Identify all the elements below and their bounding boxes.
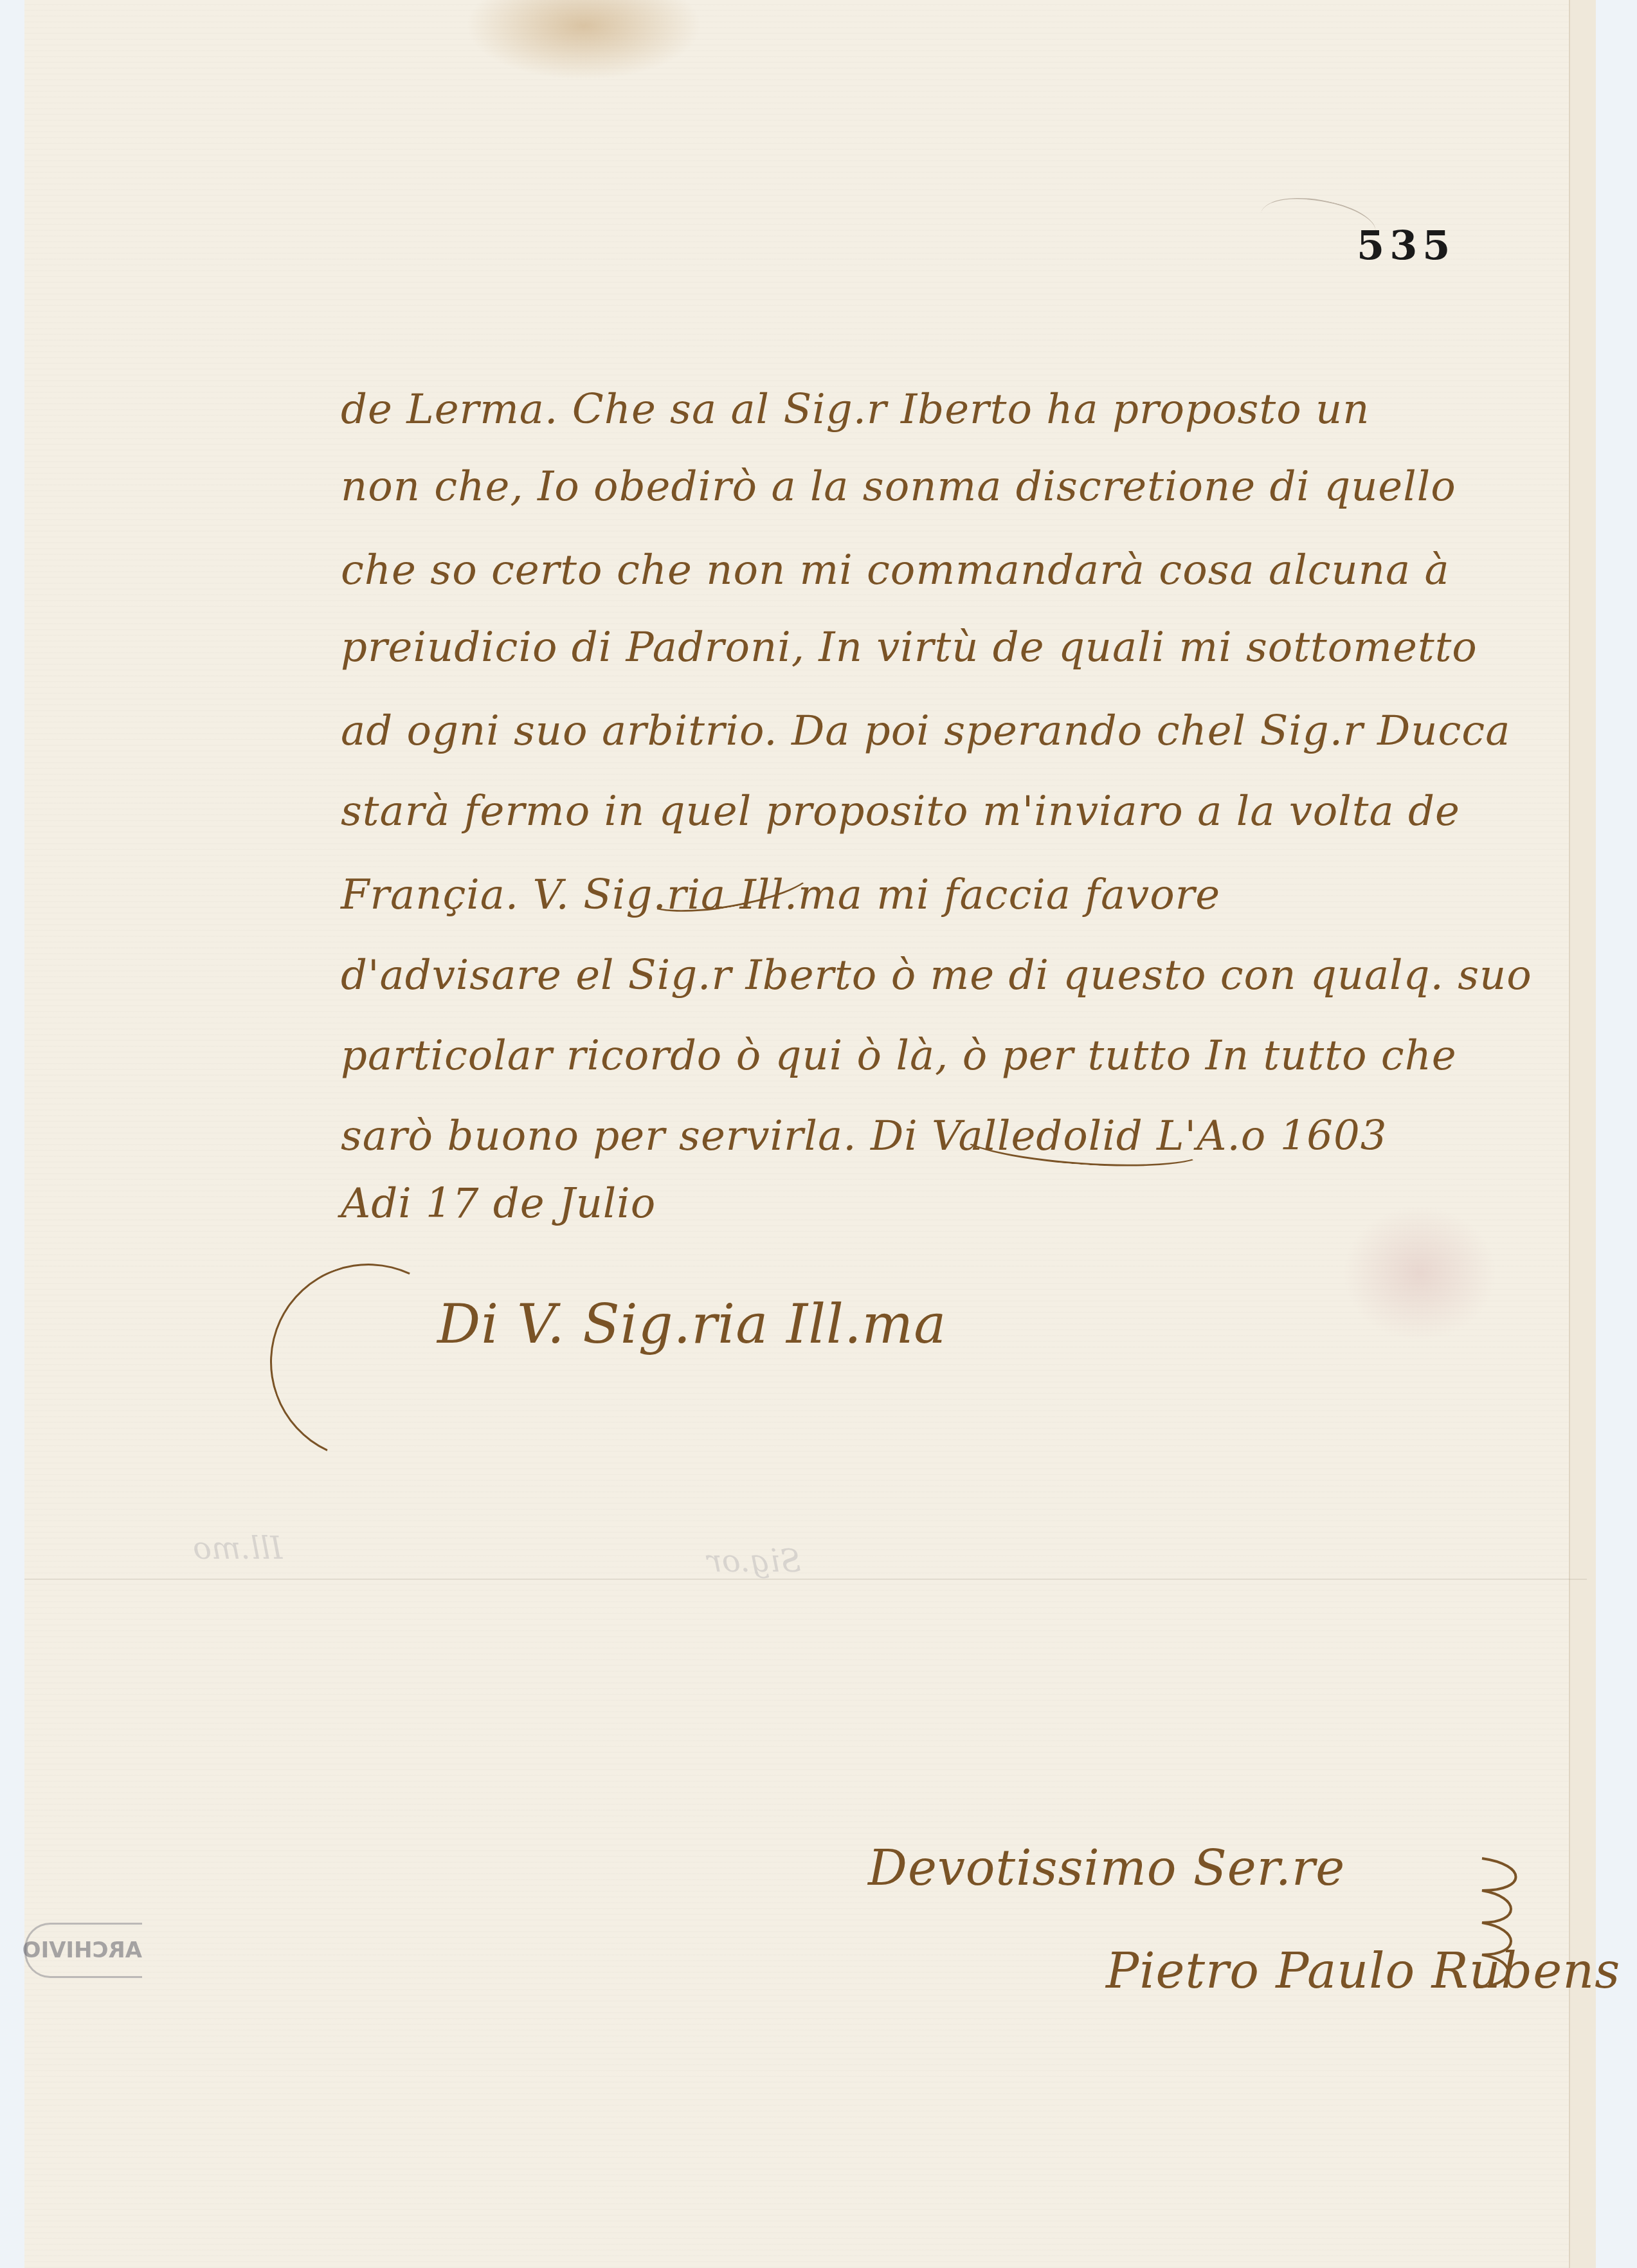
body-line: preiudicio di Padroni, In virtù de quali… [341,624,1478,671]
folio-number: 535 [1357,222,1455,269]
body-line: d'advisare el Sig.r Iberto ò me di quest… [341,952,1532,999]
body-line: ad ogni suo arbitrio. Da poi sperando ch… [341,707,1510,755]
body-line: non che, Io obedirò a la sonma discretio… [341,463,1456,511]
body-line: starà fermo in quel proposito m'inviaro … [341,788,1460,835]
signature: Pietro Paulo Rubens [1106,1942,1620,1999]
body-line: de Lerma. Che sa al Sig.r Iberto ha prop… [341,386,1370,433]
body-line: particolar ricordo ò qui ò là, ò per tut… [341,1032,1457,1080]
date-line: Adi 17 de Julio [341,1180,656,1228]
salutation: Di V. Sig.ria Ill.ma [437,1293,946,1356]
underlying-page-edge [1569,0,1596,2268]
show-through-text: Sig.or [707,1543,801,1579]
closing: Devotissimo Ser.re [868,1839,1345,1896]
body-line: che so certo che non mi commandarà cosa … [341,547,1450,594]
body-line: sarò buono per servirla. Di Valledolid L… [341,1112,1388,1160]
show-through-text: Ill.mo [193,1530,282,1566]
fold-crease [24,1579,1587,1580]
archive-stamp: ARCHIVIO [24,1923,142,1978]
signature-paraph [1456,1852,1533,1993]
